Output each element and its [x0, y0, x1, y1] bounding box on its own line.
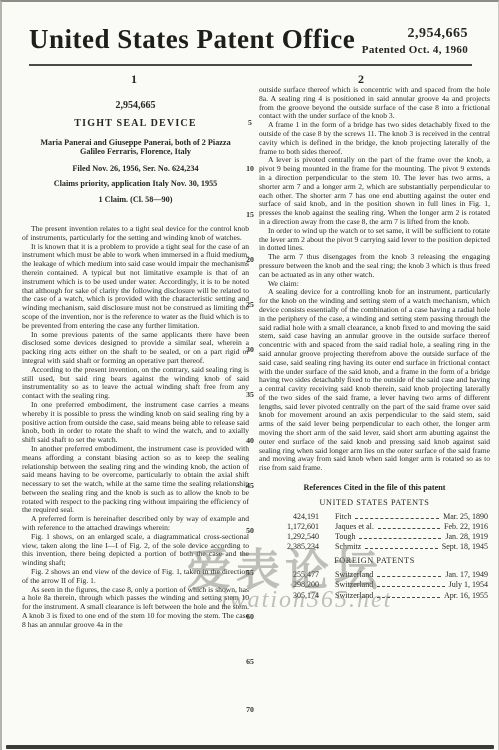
line-number: 35 — [242, 390, 258, 399]
body-paragraph: It is known that it is a problem to prov… — [22, 243, 249, 331]
reference-name: Jaques et al. — [335, 522, 374, 532]
reference-number: 2,385,234 — [259, 542, 319, 552]
line-number: 50 — [242, 526, 258, 535]
reference-date: Jan. 28, 1919 — [445, 532, 488, 542]
line-number: 65 — [242, 657, 258, 666]
body-paragraph: The present invention relates to a tight… — [22, 225, 249, 243]
line-number: 20 — [242, 255, 258, 264]
inventors-line: Maria Panerai and Giuseppe Panerai, both… — [22, 138, 249, 157]
line-number: 40 — [242, 436, 258, 445]
references-title: References Cited in the file of this pat… — [259, 484, 490, 493]
body-paragraph: In order to wind up the watch or to set … — [259, 227, 490, 253]
body-paragraph: A preferred form is hereinafter describe… — [22, 515, 249, 533]
reference-row: 1,292,540 Tough Jan. 28, 1919 — [259, 532, 490, 542]
body-paragraph: The arm 7 thus disengages from the knob … — [259, 253, 490, 279]
right-column: outside surface thereof which is concent… — [259, 86, 490, 746]
left-column: 2,954,665 TIGHT SEAL DEVICE Maria Panera… — [22, 94, 249, 736]
reference-date: Mar. 25, 1890 — [443, 512, 488, 522]
reference-row: 305,174 Switzerland Apr. 16, 1955 — [259, 591, 490, 601]
references-section: References Cited in the file of this pat… — [259, 484, 490, 601]
line-number: 15 — [242, 210, 258, 219]
reference-number: 298,200 — [259, 580, 319, 590]
body-paragraph: As seen in the figures, the case 8, only… — [22, 586, 249, 630]
foreign-patents-header: FOREIGN PATENTS — [259, 557, 490, 566]
leader-line — [378, 528, 440, 529]
body-paragraph: A frame 1 in the form of a bridge has tw… — [259, 121, 490, 156]
body-paragraph: In some previous patents of the same app… — [22, 331, 249, 366]
column-marker-2: 2 — [358, 72, 364, 87]
reference-row: 424,191 Fitch Mar. 25, 1890 — [259, 512, 490, 522]
reference-number: 1,172,601 — [259, 522, 319, 532]
leader-line — [377, 576, 441, 577]
claims-line: 1 Claim. (Cl. 58—90) — [22, 196, 249, 205]
figure-description: Fig. 1 shows, on an enlarged scale, a di… — [22, 533, 249, 568]
us-patents-header: UNITED STATES PATENTS — [259, 499, 490, 508]
reference-row: 298,200 Switzerland July 1, 1954 — [259, 580, 490, 590]
reference-name: Switzerland — [335, 570, 373, 580]
line-number: 30 — [242, 345, 258, 354]
reference-date: Feb. 22, 1916 — [444, 522, 488, 532]
leader-line — [359, 538, 441, 539]
line-number: 25 — [242, 300, 258, 309]
reference-row: 1,172,601 Jaques et al. Feb. 22, 1916 — [259, 522, 490, 532]
patent-heading-block: 2,954,665 TIGHT SEAL DEVICE Maria Panera… — [22, 102, 249, 205]
reference-date: Apr. 16, 1955 — [444, 591, 488, 601]
reference-name: Fitch — [335, 512, 351, 522]
reference-number: 1,292,540 — [259, 532, 319, 542]
reference-date: July 1, 1954 — [449, 580, 488, 590]
body-paragraph: According to the present invention, on t… — [22, 366, 249, 401]
line-number: 55 — [242, 568, 258, 577]
reference-number: 424,191 — [259, 512, 319, 522]
line-number: 70 — [242, 705, 258, 714]
reference-number: 305,174 — [259, 591, 319, 601]
line-number: 10 — [242, 164, 258, 173]
reference-date: Jan. 17, 1949 — [445, 570, 488, 580]
body-paragraph: A lever is pivoted centrally on the part… — [259, 156, 490, 226]
filed-line: Filed Nov. 26, 1956, Ser. No. 624,234 — [22, 165, 249, 174]
heading-patent-number: 2,954,665 — [22, 102, 249, 111]
header-divider — [29, 64, 472, 66]
reference-name: Schmitz — [335, 542, 361, 552]
leader-line — [377, 597, 440, 598]
patent-number: 2,954,665 — [408, 26, 469, 42]
reference-name: Switzerland — [335, 591, 373, 601]
reference-name: Switzerland — [335, 580, 373, 590]
priority-line: Claims priority, application Italy Nov. … — [22, 180, 249, 189]
reference-number: 255,477 — [259, 570, 319, 580]
claim-paragraph: A sealing device for a controlling knob … — [259, 288, 490, 473]
reference-date: Sept. 18, 1945 — [442, 542, 488, 552]
reference-row: 2,385,234 Schmitz Sept. 18, 1945 — [259, 542, 490, 552]
line-number: 5 — [242, 118, 258, 127]
reference-name: Tough — [335, 532, 355, 542]
reference-row: 255,477 Switzerland Jan. 17, 1949 — [259, 570, 490, 580]
leader-line — [377, 586, 444, 587]
page-title: United States Patent Office — [29, 24, 359, 55]
patent-date: Patented Oct. 4, 1960 — [362, 44, 468, 56]
leader-line — [365, 548, 438, 549]
figure-description: Fig. 2 shows an end view of the device o… — [22, 568, 249, 586]
body-paragraph: outside surface thereof which is concent… — [259, 86, 490, 121]
page-bottom-edge — [6, 745, 494, 749]
body-paragraph: In another preferred embodiment, the ins… — [22, 445, 249, 515]
column-marker-1: 1 — [131, 72, 137, 87]
line-number: 60 — [242, 612, 258, 621]
patent-page: United States Patent Office 2,954,665 Pa… — [0, 0, 499, 750]
invention-title: TIGHT SEAL DEVICE — [22, 120, 249, 129]
line-number: 45 — [242, 481, 258, 490]
leader-line — [355, 518, 439, 519]
body-paragraph: In one preferred embodiment, the instrum… — [22, 401, 249, 445]
